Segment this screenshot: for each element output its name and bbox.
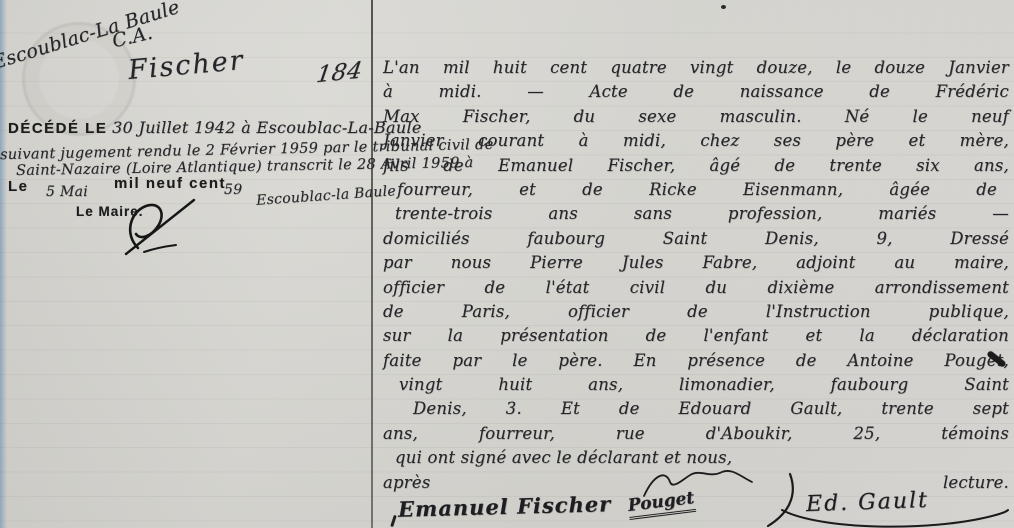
death-date-place: 30 Juillet 1942 à Escoublac-La-Baule xyxy=(112,118,422,137)
act-text-line: Janvier courant à midi, chez ses père et… xyxy=(383,129,1009,153)
act-text-line: de Paris, officier de l'Instruction publ… xyxy=(383,300,1009,324)
scan-edge-shadow xyxy=(0,0,7,528)
margin-rule-line xyxy=(371,0,373,528)
act-text-line: trente-trois ans sans profession, mariés… xyxy=(383,202,1009,226)
act-text-line: Denis, 3. Et de Edouard Gault, trente se… xyxy=(383,397,1009,421)
transcription-year: 59 xyxy=(224,182,242,198)
signature-declarant: Emanuel Fischer xyxy=(398,491,612,522)
act-text-line: L'an mil huit cent quatre vingt douze, l… xyxy=(383,56,1009,80)
act-body-text: L'an mil huit cent quatre vingt douze, l… xyxy=(383,56,1009,495)
transcription-day: 5 Mai xyxy=(46,184,88,200)
surname-header: Fischer xyxy=(127,45,246,86)
civil-register-page: C.A. Escoublac-La Baule Fischer 184 DÉCÉ… xyxy=(0,0,1014,528)
act-text-line: vingt huit ans, limonadier, faubourg Sai… xyxy=(383,373,1009,397)
act-text-line: qui ont signé avec le déclarant et nous, xyxy=(383,446,1014,470)
act-text-line: à midi. — Acte de naissance de Frédéric xyxy=(383,80,1009,104)
stamped-le: Le xyxy=(8,178,29,195)
act-text-line: fils de Emanuel Fischer, âgé de trente s… xyxy=(383,154,1009,178)
act-number: 184 xyxy=(315,58,364,89)
act-text-line: fourreur, et de Ricke Eisenmann, âgée de xyxy=(383,178,997,202)
act-text-line: officier de l'état civil du dixième arro… xyxy=(383,276,1009,300)
act-text-line: Max Fischer, du sexe masculin. Né le neu… xyxy=(383,105,1009,129)
cutoff-ink-stroke xyxy=(390,515,397,527)
transcription-place: Escoublac-la Baule xyxy=(256,183,397,209)
death-stamp-prefix: DÉCÉDÉ LE xyxy=(8,120,107,137)
act-text-line: sur la présentation de l'enfant et la dé… xyxy=(383,324,1009,348)
act-text-line: domiciliés faubourg Saint Denis, 9, Dres… xyxy=(383,227,1009,251)
mayor-signature-flourish xyxy=(116,190,206,262)
stray-ink-dot xyxy=(721,5,726,9)
witness2-signature-flourish xyxy=(780,506,1010,528)
death-note-line1: DÉCÉDÉ LE 30 Juillet 1942 à Escoublac-La… xyxy=(8,118,422,137)
act-text-line: ans, fourreur, rue d'Aboukir, 25, témoin… xyxy=(383,422,1009,446)
act-text-line: par nous Pierre Jules Fabre, adjoint au … xyxy=(383,251,1009,275)
act-text-line: faite par le père. En présence de Antoin… xyxy=(383,349,1009,373)
